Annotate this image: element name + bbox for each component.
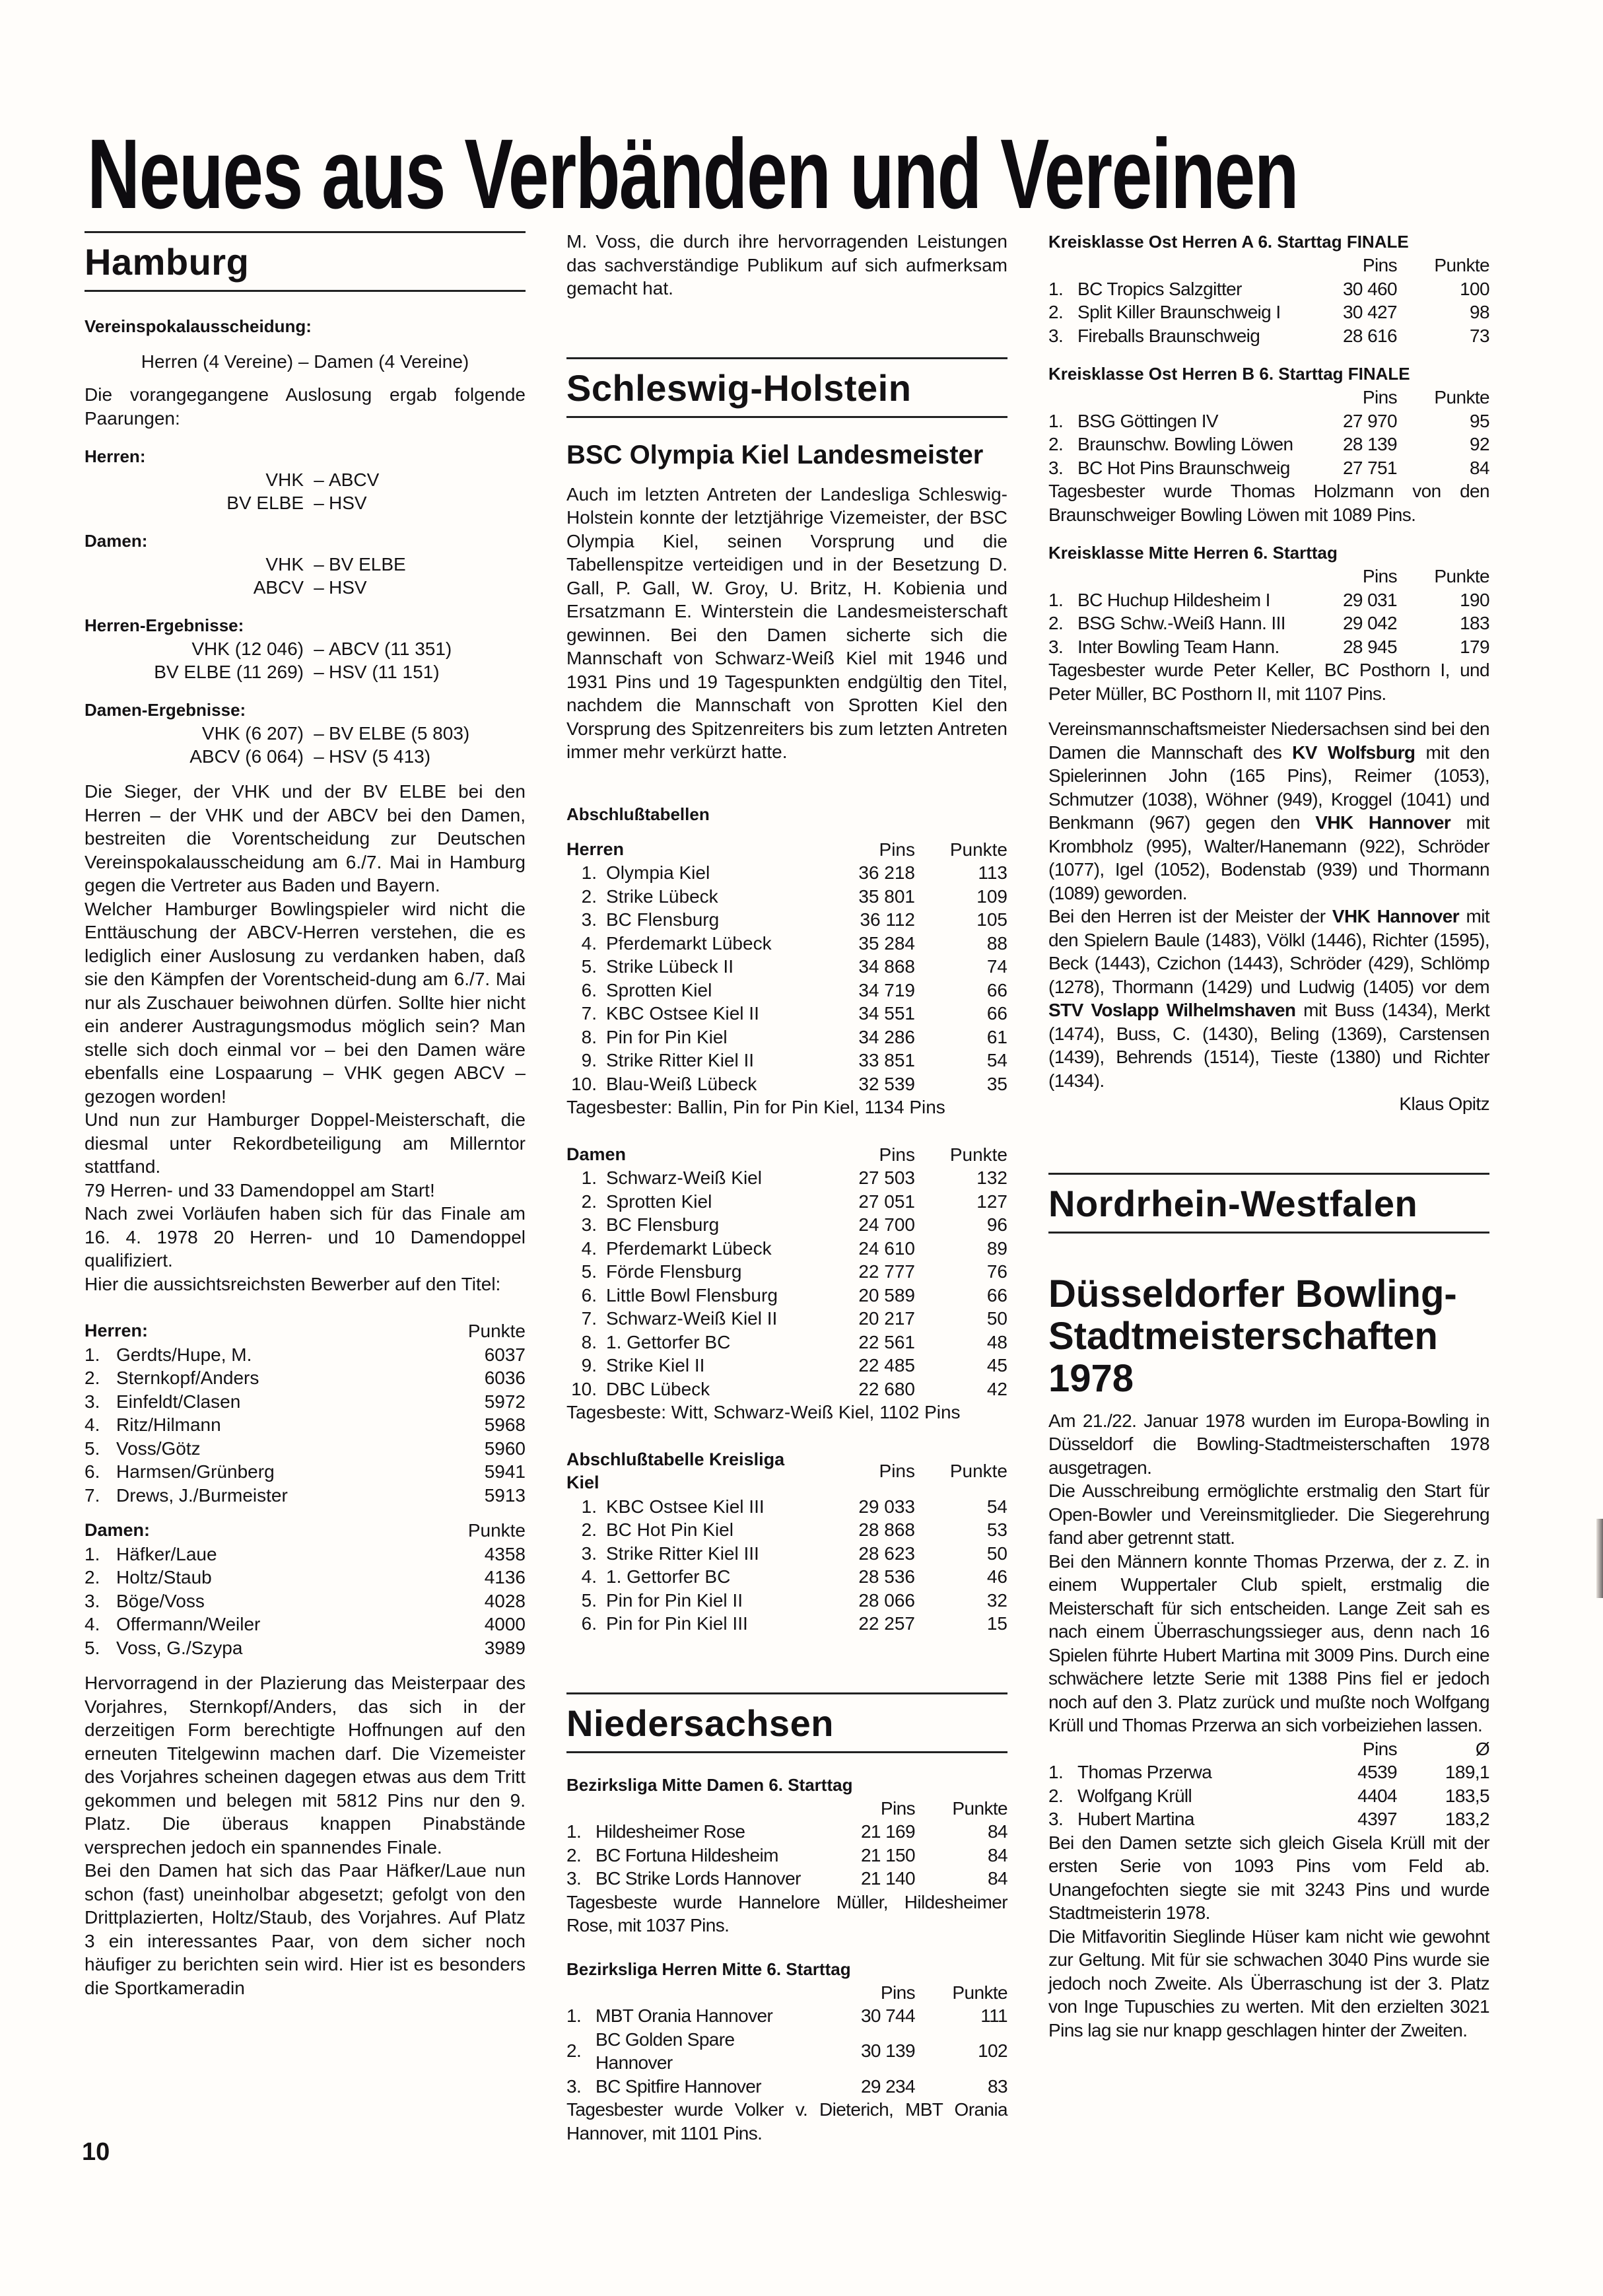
table-row: 1.MBT Orania Hannover30 744111: [566, 2004, 1007, 2028]
body-paragraph: Hier die aussichtsreichsten Bewerber auf…: [85, 1272, 526, 1296]
table-row: 3.BC Spitfire Hannover29 23483: [566, 2075, 1007, 2099]
table-row: 4.Pferdemarkt Lübeck24 61089: [566, 1237, 1007, 1261]
table-row: 2.Strike Lübeck35 801109: [566, 885, 1007, 909]
section-rule: [566, 357, 1007, 359]
table-row: 2.BC Fortuna Hildesheim21 15084: [566, 1844, 1007, 1867]
section-rule: [85, 231, 526, 233]
body-paragraph: Und nun zur Hamburger Doppel-Meisterscha…: [85, 1108, 526, 1179]
table-row: 5.Förde Flensburg22 77776: [566, 1260, 1007, 1284]
table-row: 1.Thomas Przerwa4539189,1: [1048, 1760, 1489, 1784]
damen-results-label: Damen-Ergebnisse:: [85, 698, 526, 722]
table-row: 1.Gerdts/Hupe, M.6037: [85, 1343, 526, 1367]
league-label: Kreisklasse Ost Herren A 6. Starttag FIN…: [1048, 230, 1489, 254]
section-rule: [85, 290, 526, 292]
ost-a-table: PinsPunkte 1.BC Tropics Salzgitter30 460…: [1048, 254, 1489, 347]
result-row: VHK (12 046)–ABCV (11 351): [85, 637, 526, 660]
body-paragraph: Nach zwei Vorläufen haben sich für das F…: [85, 1202, 526, 1272]
table-row: 7.Schwarz-Weiß Kiel II20 21750: [566, 1307, 1007, 1331]
table-row: 4.Ritz/Hilmann5968: [85, 1413, 526, 1437]
best-player-line: Tagesbester wurde Thomas Holzmann von de…: [1048, 479, 1489, 526]
league-label: Bezirksliga Herren Mitte 6. Starttag: [566, 1957, 1007, 1981]
best-player-line: Tagesbester wurde Peter Keller, BC Posth…: [1048, 658, 1489, 705]
damen-pairs-label: Damen:: [85, 529, 526, 553]
column-middle: M. Voss, die durch ihre hervorragenden L…: [566, 230, 1007, 2145]
table-row: 3.Strike Ritter Kiel III28 62350: [566, 1542, 1007, 1566]
table-row: 3.BC Hot Pins Braunschweig27 75184: [1048, 456, 1489, 480]
best-player-line: Tagesbester wurde Volker v. Dieterich, M…: [566, 2098, 1007, 2145]
body-paragraph: Vereinsmannschaftsmeister Niedersachsen …: [1048, 717, 1489, 905]
damen-doubles-table: Damen:Punkte 1.Häfker/Laue4358 2.Holtz/S…: [85, 1519, 526, 1659]
section-rule: [566, 416, 1007, 418]
table-row: 4.1. Gettorfer BC28 53646: [566, 1565, 1007, 1589]
table-row: 8.Pin for Pin Kiel34 28661: [566, 1026, 1007, 1049]
body-paragraph: Bei den Damen setzte sich gleich Gisela …: [1048, 1831, 1489, 1925]
page-headline: Neues aus Verbänden und Vereinen: [87, 124, 1123, 223]
scan-edge-mark: [1596, 1519, 1603, 1598]
body-paragraph: Bei den Damen hat sich das Paar Häfker/L…: [85, 1859, 526, 2000]
table-row: 5.Voss, G./Szypa3989: [85, 1636, 526, 1660]
herren-standings-table: HerrenPinsPunkte 1.Olympia Kiel36 218113…: [566, 838, 1007, 1096]
table-row: 3.BC Flensburg24 70096: [566, 1213, 1007, 1237]
best-player-line: Tagesbeste wurde Hannelore Müller, Hilde…: [566, 1891, 1007, 1937]
pair-row: ABCV–HSV: [85, 576, 526, 599]
table-row: 3.BC Strike Lords Hannover21 14084: [566, 1867, 1007, 1891]
table-row: 2.BC Hot Pin Kiel28 86853: [566, 1518, 1007, 1542]
table-row: 6.Little Bowl Flensburg20 58966: [566, 1284, 1007, 1307]
table-row: 5.Voss/Götz5960: [85, 1437, 526, 1461]
table-row: 2.Holtz/Staub4136: [85, 1566, 526, 1589]
table-row: 1.Häfker/Laue4358: [85, 1543, 526, 1566]
table-row: 6.Pin for Pin Kiel III22 25715: [566, 1612, 1007, 1636]
pair-row: VHK–ABCV: [85, 468, 526, 491]
table-row: 3.Hubert Martina4397183,2: [1048, 1807, 1489, 1831]
table-row: 3.BC Flensburg36 112105: [566, 908, 1007, 932]
table-row: 10.Blau-Weiß Lübeck32 53935: [566, 1072, 1007, 1096]
best-player-line: Tagesbeste: Witt, Schwarz-Weiß Kiel, 110…: [566, 1401, 1007, 1424]
intro-text: Die vorangegangene Auslosung ergab folge…: [85, 383, 526, 430]
cup-line: Herren (4 Vereine) – Damen (4 Vereine): [85, 350, 526, 374]
section-title-hamburg: Hamburg: [85, 238, 526, 286]
table-row: 2.Wolfgang Krüll4404183,5: [1048, 1784, 1489, 1808]
best-player-line: Tagesbester: Ballin, Pin for Pin Kiel, 1…: [566, 1096, 1007, 1119]
bezirksliga-damen-table: PinsPunkte 1.Hildesheimer Rose21 16984 2…: [566, 1797, 1007, 1891]
table-row: 9.Strike Ritter Kiel II33 85154: [566, 1049, 1007, 1072]
table-row: 7.KBC Ostsee Kiel II34 55166: [566, 1002, 1007, 1026]
table-row: 3.Inter Bowling Team Hann.28 945179: [1048, 635, 1489, 659]
section-title-niedersachsen: Niedersachsen: [566, 1700, 1007, 1747]
page-number: 10: [82, 2138, 110, 2167]
result-row: BV ELBE (11 269)–HSV (11 151): [85, 660, 526, 683]
body-paragraph: Die Mitfavoritin Sieglinde Hüser kam nic…: [1048, 1925, 1489, 2042]
table-row: 10.DBC Lübeck22 68042: [566, 1377, 1007, 1401]
table-row: 3.Fireballs Braunschweig28 61673: [1048, 324, 1489, 348]
table-row: 6.Harmsen/Grünberg5941: [85, 1460, 526, 1484]
table-row: 5.Strike Lübeck II34 86874: [566, 955, 1007, 979]
author-signature: Klaus Opitz: [1048, 1092, 1489, 1116]
body-paragraph: Bei den Männern konnte Thomas Przerwa, d…: [1048, 1550, 1489, 1737]
table-row: 2.Split Killer Braunschweig I30 42798: [1048, 300, 1489, 324]
pair-row: BV ELBE–HSV: [85, 491, 526, 514]
table-row: 4.Offermann/Weiler4000: [85, 1613, 526, 1636]
table-row: 1.BC Tropics Salzgitter30 460100: [1048, 277, 1489, 301]
table-row: 1.BC Huchup Hildesheim I29 031190: [1048, 588, 1489, 612]
body-paragraph: Bei den Herren ist der Meister der VHK H…: [1048, 905, 1489, 1092]
body-paragraph: M. Voss, die durch ihre hervorragenden L…: [566, 230, 1007, 300]
table-row: 2.Sternkopf/Anders6036: [85, 1366, 526, 1390]
table-row: 4.Pferdemarkt Lübeck35 28488: [566, 932, 1007, 956]
body-paragraph: Welcher Hamburger Bowlingspieler wird ni…: [85, 897, 526, 1109]
body-paragraph: Auch im letzten Antreten der Landesliga …: [566, 483, 1007, 764]
table-row: 8.1. Gettorfer BC22 56148: [566, 1331, 1007, 1354]
column-hamburg: Hamburg Vereinspokalausscheidung: Herren…: [85, 231, 526, 2000]
body-paragraph: Am 21./22. Januar 1978 wurden im Europa-…: [1048, 1409, 1489, 1480]
section-rule: [566, 1692, 1007, 1694]
table-row: 2.Sprotten Kiel27 051127: [566, 1190, 1007, 1214]
league-label: Bezirksliga Mitte Damen 6. Starttag: [566, 1773, 1007, 1797]
table-row: 1.Schwarz-Weiß Kiel27 503132: [566, 1166, 1007, 1190]
section-title-schleswig-holstein: Schleswig-Holstein: [566, 365, 1007, 412]
section-rule: [1048, 1232, 1489, 1234]
tables-label: Abschlußtabellen: [566, 802, 1007, 826]
table-row: 1.Hildesheimer Rose21 16984: [566, 1820, 1007, 1844]
herren-doubles-table: Herren:Punkte 1.Gerdts/Hupe, M.6037 2.St…: [85, 1319, 526, 1507]
table-row: 1.Olympia Kiel36 218113: [566, 861, 1007, 885]
stadtmeister-results-table: PinsØ 1.Thomas Przerwa4539189,1 2.Wolfga…: [1048, 1737, 1489, 1831]
section-rule: [1048, 1173, 1489, 1175]
herren-pairs-label: Herren:: [85, 444, 526, 468]
ost-b-table: PinsPunkte 1.BSG Göttingen IV27 97095 2.…: [1048, 386, 1489, 479]
kreisliga-table: Abschlußtabelle Kreisliga KielPinsPunkte…: [566, 1448, 1007, 1636]
table-row: 1.KBC Ostsee Kiel III29 03354: [566, 1495, 1007, 1519]
section-rule: [566, 1751, 1007, 1753]
pair-row: VHK–BV ELBE: [85, 553, 526, 576]
bezirksliga-herren-table: PinsPunkte 1.MBT Orania Hannover30 74411…: [566, 1981, 1007, 2099]
body-paragraph: Die Ausschreibung ermöglichte erstmalig …: [1048, 1479, 1489, 1550]
cup-label: Vereinspokalausscheidung:: [85, 314, 526, 338]
table-row: 2.BSG Schw.-Weiß Hann. III29 042183: [1048, 611, 1489, 635]
result-row: VHK (6 207)–BV ELBE (5 803): [85, 722, 526, 745]
damen-standings-table: DamenPinsPunkte 1.Schwarz-Weiß Kiel27 50…: [566, 1143, 1007, 1401]
article-title: BSC Olympia Kiel Landesmeister: [566, 438, 1007, 472]
league-label: Kreisklasse Ost Herren B 6. Starttag FIN…: [1048, 362, 1489, 386]
body-paragraph: Hervorragend in der Plazierung das Meist…: [85, 1671, 526, 1859]
body-paragraph: Die Sieger, der VHK und der BV ELBE bei …: [85, 780, 526, 897]
result-row: ABCV (6 064)–HSV (5 413): [85, 745, 526, 768]
table-row: 9.Strike Kiel II22 48545: [566, 1354, 1007, 1377]
table-row: 5.Pin for Pin Kiel II28 06632: [566, 1589, 1007, 1613]
table-row: 3.Böge/Voss4028: [85, 1589, 526, 1613]
section-title-nordrhein-westfalen: Nordrhein-Westfalen: [1048, 1180, 1489, 1228]
herren-results-label: Herren-Ergebnisse:: [85, 613, 526, 637]
table-row: 2.BC Golden Spare Hannover30 139102: [566, 2028, 1007, 2075]
table-row: 2.Braunschw. Bowling Löwen28 13992: [1048, 433, 1489, 456]
table-row: 7.Drews, J./Burmeister5913: [85, 1484, 526, 1508]
column-right: Kreisklasse Ost Herren A 6. Starttag FIN…: [1048, 230, 1489, 2042]
league-label: Kreisklasse Mitte Herren 6. Starttag: [1048, 541, 1489, 565]
mitte-herren-table: PinsPunkte 1.BC Huchup Hildesheim I29 03…: [1048, 565, 1489, 658]
article-title: Düsseldorfer Bowling-Stadtmeisterschafte…: [1048, 1273, 1489, 1400]
table-row: 3.Einfeldt/Clasen5972: [85, 1390, 526, 1414]
table-row: 6.Sprotten Kiel34 71966: [566, 979, 1007, 1002]
body-paragraph: 79 Herren- und 33 Damendoppel am Start!: [85, 1179, 526, 1202]
table-row: 1.BSG Göttingen IV27 97095: [1048, 409, 1489, 433]
